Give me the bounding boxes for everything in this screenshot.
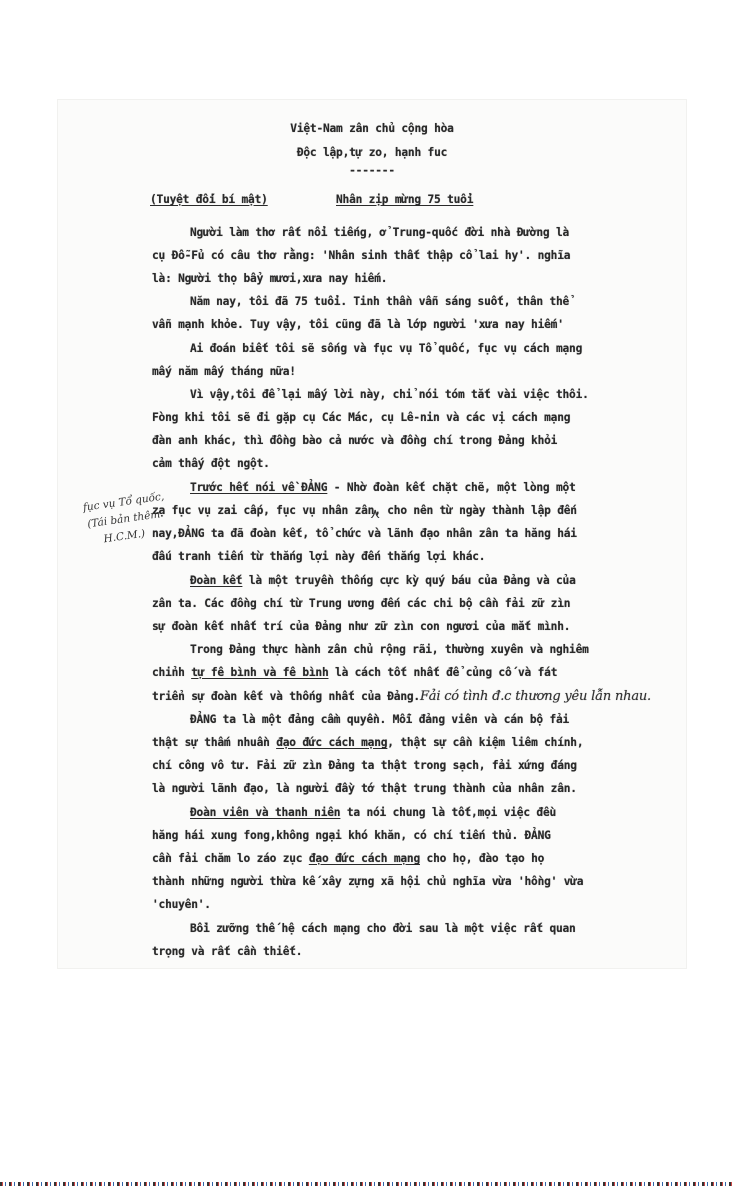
text-run: , thật sự cần kiệm liêm chính, — [387, 736, 583, 749]
text-line: cần fải chăm lo záo zục đạo đức cách mạn… — [152, 852, 544, 865]
text-line: Ai đoán biết tôi sẽ sống và fục vụ Tổ qu… — [190, 342, 582, 355]
header-republic: Việt-Nam zân chủ cộng hòa — [58, 122, 686, 135]
text-run: triển sự đoàn kết và thống nhất của Đảng… — [152, 690, 420, 703]
phrase-revolutionary-ethics: đạo đức cách mạng — [309, 852, 420, 865]
text-line: đàn anh khác, thì đồng bào cả nước và đồ… — [152, 434, 557, 447]
insertion-caret-mark: ⋏ — [370, 506, 380, 522]
text-line: mấy năm mấy tháng nữa! — [152, 365, 296, 378]
text-line: cụ Đỗ-Fủ có câu thơ rằng: 'Nhân sinh thấ… — [152, 249, 570, 262]
header-motto: Độc lập,tự zo, hạnh fuc — [58, 146, 686, 159]
text-line: sự đoàn kết nhất trí của Đảng như zữ zìn… — [152, 620, 570, 633]
text-line: Bồi zưỡng thế hệ cách mạng cho đời sau l… — [190, 922, 576, 935]
text-line: hăng hái xung fong,không ngại khó khăn, … — [152, 829, 551, 842]
handwritten-inline-annotation: Fải có tình đ.c thương yêu lẫn nhau. — [420, 689, 651, 704]
text-run: cần fải chăm lo záo zục — [152, 852, 302, 865]
text-run: cho họ, đào tạo họ — [427, 852, 545, 865]
text-line: là người lãnh đạo, là người đầy tớ thật … — [152, 782, 577, 795]
scan-artifact-bar — [0, 1182, 732, 1186]
text-line: là: Người thọ bẩy mươi,xưa nay hiếm. — [152, 272, 387, 285]
heading-unity: Đoàn kết — [190, 574, 242, 587]
text-line: Trong Đảng thực hành zân chủ rộng rãi, t… — [190, 643, 589, 656]
classification-label: (Tuyệt đối bí mật) — [150, 193, 268, 206]
text-line: zân ta. Các đồng chí từ Trung ương đến c… — [152, 597, 570, 610]
text-line: chí công vô tư. Fải zữ zìn Đảng ta thật … — [152, 759, 577, 772]
text-line: 'chuyên'. — [152, 898, 211, 911]
document-title: Nhân zịp mừng 75 tuổi — [336, 193, 473, 206]
text-run: - Nhờ đoàn kết chặt chẽ, một lòng một — [334, 481, 576, 494]
text-line: Đoàn kết là một truyền thống cực kỳ quý … — [190, 574, 576, 587]
text-line: thật sự thấm nhuần đạo đức cách mạng, th… — [152, 736, 583, 749]
text-line: Trước hết nói về ĐẢNG - Nhờ đoàn kết chặ… — [190, 481, 576, 494]
text-line: Đoàn viên và thanh niên ta nói chung là … — [190, 806, 556, 819]
text-line: nay,ĐẢNG ta đã đoàn kết, tổ chức và lãnh… — [152, 527, 577, 540]
text-line: trọng và rất cần thiết. — [152, 945, 302, 958]
handwritten-margin-note: fục vụ Tổ quốc, (Tái bản thêm H.C.M.) — [82, 489, 170, 551]
text-line: Vì vậy,tôi để lại mấy lời này, chỉ nói t… — [190, 388, 589, 401]
text-run: là một truyền thống cực kỳ quý báu của Đ… — [249, 574, 576, 587]
text-line: vẫn mạnh khỏe. Tuy vậy, tôi cũng đã là l… — [152, 318, 564, 331]
text-line: thành những người thừa kế xây zựng xã hộ… — [152, 875, 583, 888]
text-line: ĐẢNG ta là một đảng cầm quyền. Mỗi đảng … — [190, 713, 569, 726]
phrase-revolutionary-ethics: đạo đức cách mạng — [276, 736, 387, 749]
text-line: cảm thấy đột ngột. — [152, 457, 270, 470]
text-line: zạ fục vụ zai cấp, fục vụ nhân zân, cho … — [152, 504, 577, 517]
header-rule: ------- — [58, 164, 686, 177]
heading-youth: Đoàn viên và thanh niên — [190, 806, 340, 819]
phrase-self-criticism: tự fê bình và fê bình — [191, 666, 328, 679]
text-line: đấu tranh tiến từ thắng lợi này đến thắn… — [152, 550, 485, 563]
text-line: chỉnh tự fê bình và fê bình là cách tốt … — [152, 666, 557, 679]
text-run: chỉnh — [152, 666, 185, 679]
text-line: Năm nay, tôi đã 75 tuổi. Tinh thần vẫn s… — [190, 295, 569, 308]
scanned-document-page: Việt-Nam zân chủ cộng hòa Độc lập,tự zo,… — [58, 100, 686, 968]
text-run: là cách tốt nhất để củng cố và fát — [335, 666, 557, 679]
text-line: Người làm thơ rất nổi tiếng, ở Trung-quố… — [190, 226, 569, 239]
text-run: ta nói chung là tốt,mọi việc đều — [347, 806, 556, 819]
text-line: triển sự đoàn kết và thống nhất của Đảng… — [152, 689, 651, 704]
heading-party: Trước hết nói về ĐẢNG — [190, 481, 327, 494]
text-line: Fòng khi tôi sẽ đi gặp cụ Các Mác, cụ Lê… — [152, 411, 570, 424]
text-run: thật sự thấm nhuần — [152, 736, 270, 749]
